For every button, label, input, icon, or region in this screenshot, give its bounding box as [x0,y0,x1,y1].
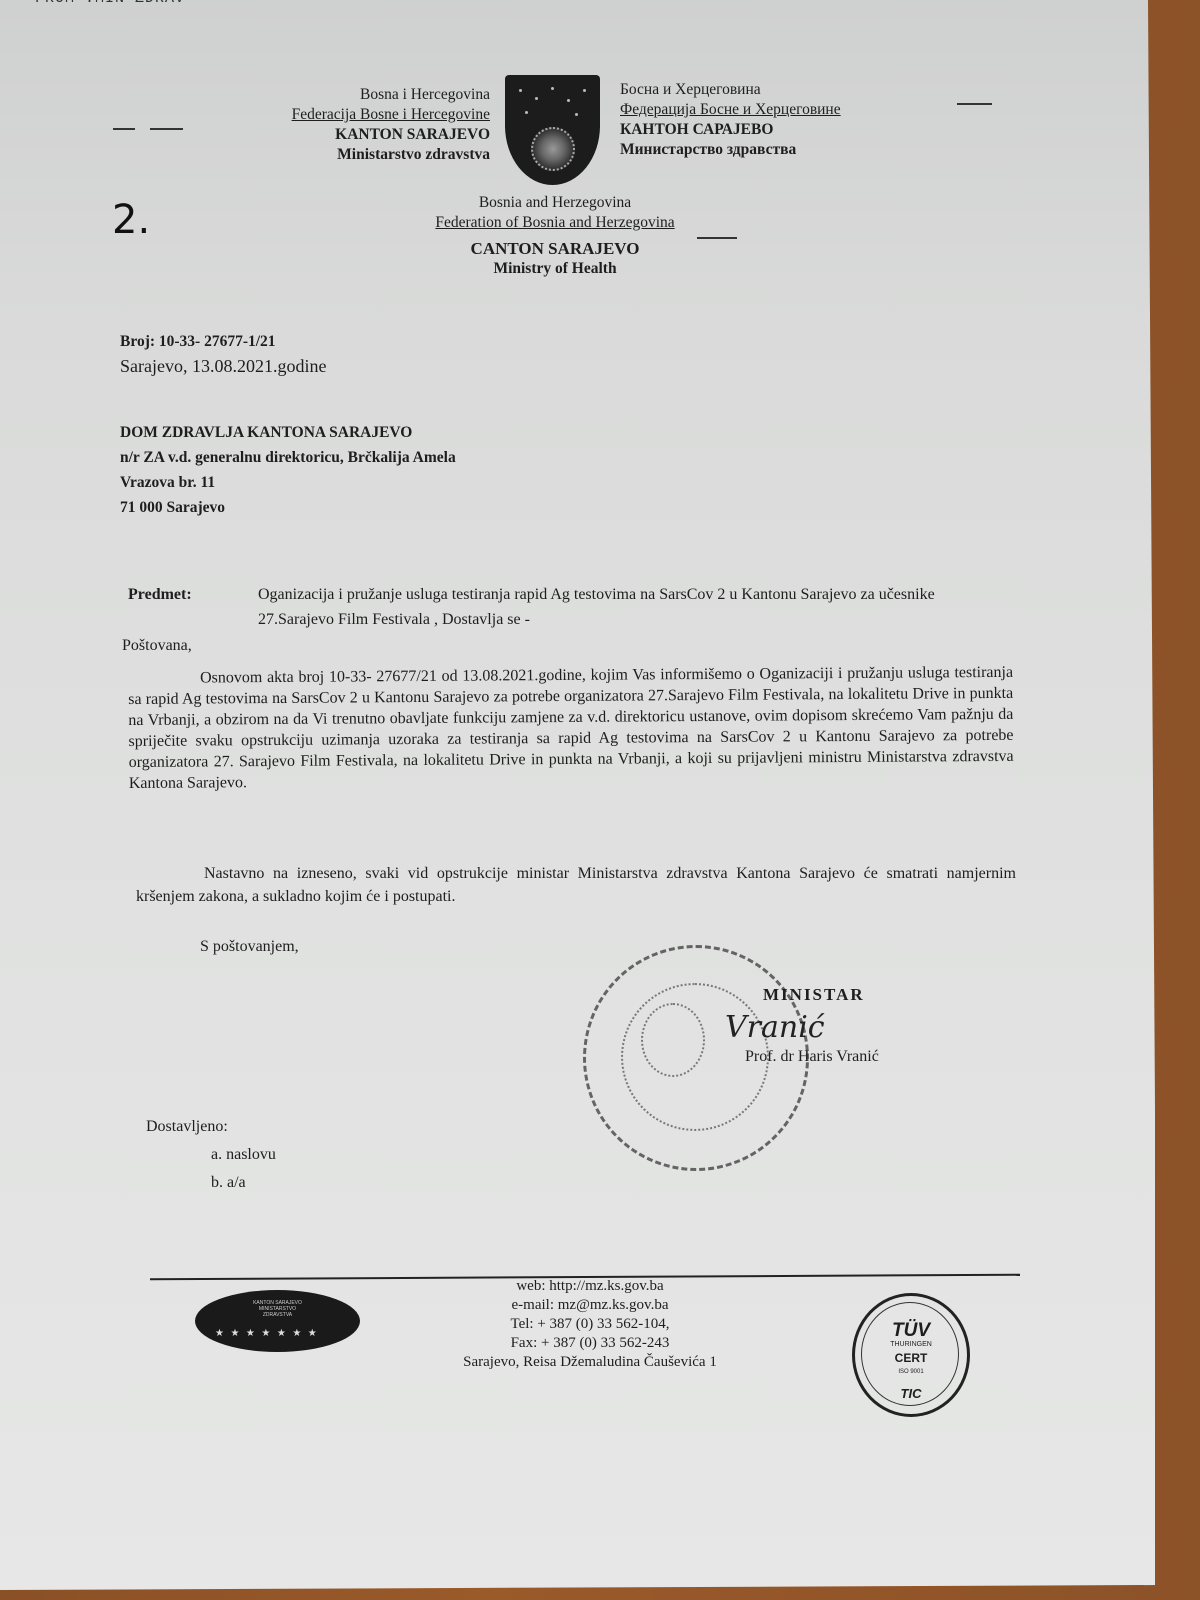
body-paragraph-2: Nastavno na izneseno, svaki vid opstrukc… [136,862,1016,908]
signatory-title: MINISTAR [763,985,865,1005]
certification-seal-icon: TÜV THURINGEN CERT ISO 9001 TIC [852,1293,970,1417]
closing: S poštovanjem, [200,938,299,956]
reference-date: Sarajevo, 13.08.2021.godine [120,354,326,378]
decor-dash [957,103,992,105]
recipient-city: 71 000 Sarajevo [120,495,456,520]
canton-emblem-icon: KANTON SARAJEVOMINISTARSTVOZDRAVSTVA ★ ★… [195,1290,360,1352]
coat-of-arms-icon [505,75,600,185]
footer-fax: Fax: + 387 (0) 33 562-243 [410,1334,770,1353]
signature: Vranić [725,1010,825,1045]
cert-tic: TIC [855,1386,967,1401]
body-paragraph-1: Osnovom akta broj 10-33- 27677/21 od 13.… [128,662,1014,794]
page-marker: 2. [112,197,150,243]
fax-header: FROM :MIN ZDRAV [35,0,185,7]
country-cyrillic: Босна и Херцеговина [620,80,1040,100]
ministry-english: Ministry of Health [330,259,780,279]
country-english: Bosnia and Herzegovina [330,193,780,213]
canton-cyrillic: КАНТОН САРАЈЕВО [620,120,1040,140]
signatory-name: Prof. dr Haris Vranić [745,1048,879,1066]
letterhead-cyrillic: Босна и Херцеговина Федерација Босне и Х… [620,80,1040,160]
recipient-address: DOM ZDRAVLJA KANTONA SARAJEVO n/r ZA v.d… [120,420,456,520]
decor-dash [113,128,135,130]
distribution-item: b. a/a [146,1169,276,1197]
country-latin: Bosna i Hercegovina [170,85,490,105]
decor-dash [697,237,737,239]
footer-address: Sarajevo, Reisa Džemaludina Čauševića 1 [410,1353,770,1372]
reference-number: Broj: 10-33- 27677-1/21 [120,330,326,354]
cert-sub: THURINGEN [855,1341,967,1348]
ministry-latin: Ministarstvo zdravstva [170,145,490,165]
subject-text: Oganizacija i pružanje usluga testiranja… [258,582,958,632]
footer-email: e-mail: mz@mz.ks.gov.ba [410,1296,770,1315]
cert-label: CERT [855,1351,967,1365]
letterhead-english: Bosnia and Herzegovina Federation of Bos… [330,193,780,279]
decor-dash [150,128,183,130]
footer-contact: web: http://mz.ks.gov.ba e-mail: mz@mz.k… [410,1277,770,1372]
distribution-list: Dostavljeno: a. naslovu b. a/a [146,1113,276,1197]
canton-latin: KANTON SARAJEVO [170,125,490,145]
cert-brand: TÜV [855,1320,967,1342]
canton-english: CANTON SARAJEVO [330,239,780,259]
subject-label: Predmet: [128,582,192,607]
federation-english: Federation of Bosnia and Herzegovina [330,213,780,233]
distribution-item: a. naslovu [146,1141,276,1169]
distribution-label: Dostavljeno: [146,1113,276,1141]
cert-iso: ISO 9001 [855,1369,967,1375]
salutation: Poštovana, [122,637,192,655]
letter-page: FROM :MIN ZDRAV Bosna i Hercegovina Fede… [0,0,1155,1590]
reference-block: Broj: 10-33- 27677-1/21 Sarajevo, 13.08.… [120,330,326,378]
federation-latin: Federacija Bosne i Hercegovine [170,105,490,125]
ministry-cyrillic: Министарство здравства [620,140,1040,160]
recipient-org: DOM ZDRAVLJA KANTONA SARAJEVO [120,420,456,445]
footer-tel: Tel: + 387 (0) 33 562-104, [410,1315,770,1334]
letterhead-latin: Bosna i Hercegovina Federacija Bosne i H… [170,85,490,165]
recipient-attention: n/r ZA v.d. generalnu direktoricu, Brčka… [120,445,456,470]
recipient-street: Vrazova br. 11 [120,470,456,495]
footer-web: web: http://mz.ks.gov.ba [410,1277,770,1296]
